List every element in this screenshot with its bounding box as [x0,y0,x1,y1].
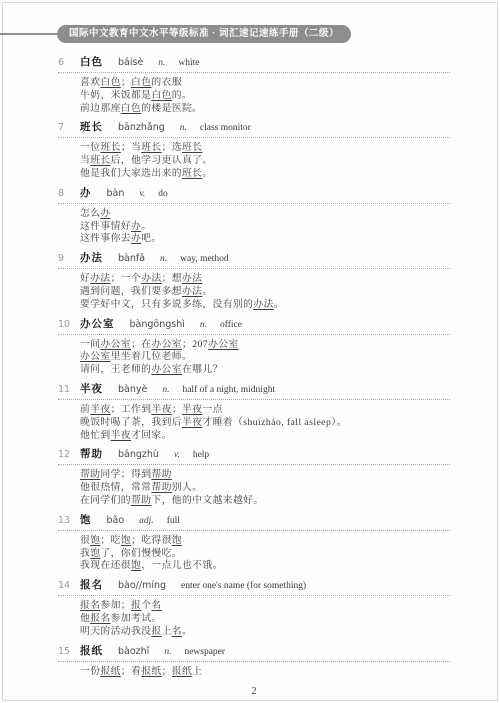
entry-number: 6 [58,56,80,69]
entry-number: 11 [58,383,80,396]
entry-pinyin: báisè [118,56,143,69]
entry-number: 14 [58,579,80,592]
entry-meaning: enter one's name (for something) [181,580,306,593]
entry-examples: 怎么办这件事情好办。这件事你去办吧。 [58,204,450,246]
entry-pos: n. [158,57,165,70]
entry-examples: 一位班长；当班长；选班长当班长后，他学习更认真了。他是我们大家选出来的班长。 [58,138,450,180]
entry-headword: 帮助 [80,448,103,461]
entry-pos: v. [139,188,145,201]
entry-header-row: 6 白色 báisè n. white [58,56,450,73]
vocabulary-entry: 8 办 bàn v. do 怎么办这件事情好办。这件事你去办吧。 [58,187,450,246]
entry-pos: n. [162,384,169,397]
vocabulary-entry: 6 白色 báisè n. white 喜欢白色；白色的衣服牛奶、米饭都是白色的… [58,56,450,115]
example-line: 我饱了，你们慢慢吃。 [80,548,450,561]
entry-number: 12 [58,448,80,461]
entry-number: 8 [58,187,80,200]
entry-meaning: half of a night, midnight [182,384,275,397]
vocabulary-entry: 9 办法 bànfǎ n. way, method 好办法；一个办法；想办法遇到… [58,252,450,311]
entry-header-row: 14 报名 bào//míng enter one's name (for so… [58,579,450,596]
entry-examples: 喜欢白色；白色的衣服牛奶、米饭都是白色的。前边那座白色的楼是医院。 [58,73,450,115]
entry-pinyin: bànfǎ [118,252,145,265]
vocabulary-entry: 10 办公室 bàngōngshì n. office 一间办公室；在办公室；2… [58,318,450,377]
example-line: 前半夜；工作到半夜；半夜一点 [80,404,450,417]
entry-pinyin: bào//míng [118,579,166,592]
vocabulary-entry: 7 班长 bānzhǎng n. class monitor 一位班长；当班长；… [58,121,450,180]
entry-header-row: 12 帮助 bāngzhù v. help [58,448,450,465]
entry-headword: 饱 [80,514,92,527]
entry-headword: 办公室 [80,318,115,331]
entry-pos: adj. [139,515,154,528]
entry-meaning: help [193,449,209,462]
entry-pinyin: bānzhǎng [118,121,165,134]
entry-pos: v. [174,449,180,462]
entry-header-row: 15 报纸 bàozhǐ n. newspaper [58,645,450,662]
example-line: 请问，王老师的办公室在哪儿？ [80,364,450,377]
example-line: 这件事你去办吧。 [80,233,450,246]
entry-pinyin: bàn [107,187,125,200]
example-line: 我现在还很饱，一点儿也不饿。 [80,560,450,573]
entry-examples: 一间办公室；在办公室；207办公室办公室里坐着几位老师。请问，王老师的办公室在哪… [58,335,450,377]
entry-pos: n. [164,646,171,659]
entry-headword: 报纸 [80,645,103,658]
example-line: 前边那座白色的楼是医院。 [80,103,450,116]
entry-number: 10 [58,318,80,331]
entry-pos: n. [200,319,207,332]
entry-header-row: 9 办法 bànfǎ n. way, method [58,252,450,269]
example-line: 他是我们大家选出来的班长。 [80,168,450,181]
example-line: 喜欢白色；白色的衣服 [80,77,450,90]
entry-headword: 报名 [80,579,103,592]
example-line: 这件事情好办。 [80,221,450,234]
example-line: 办公室里坐着几位老师。 [80,351,450,364]
entry-pos: n. [180,122,187,135]
entry-number: 7 [58,121,80,134]
example-line: 很饱；吃饱；吃得很饱 [80,535,450,548]
vocabulary-entry: 11 半夜 bànyè n. half of a night, midnight… [58,383,450,442]
page-number: 2 [58,686,450,697]
example-line: 在同学们的帮助下，他的中文越来越好。 [80,495,450,508]
vocabulary-entry: 13 饱 bǎo adj. full 很饱；吃饱；吃得很饱我饱了，你们慢慢吃。我… [58,514,450,573]
entry-header-row: 11 半夜 bànyè n. half of a night, midnight [58,383,450,400]
entry-meaning: office [220,319,242,332]
entry-pinyin: bàngōngshì [130,318,185,331]
example-line: 一份报纸；看报纸；报纸上 [80,666,450,679]
example-line: 报名参加；报个名 [80,600,450,613]
example-line: 牛奶、米饭都是白色的。 [80,90,450,103]
example-line: 好办法；一个办法；想办法 [80,273,450,286]
example-line: 他很热情，常常帮助别人。 [80,482,450,495]
example-line: 他报名参加考试。 [80,613,450,626]
entry-pos: n. [160,253,167,266]
entry-headword: 班长 [80,121,103,134]
entry-meaning: full [167,515,180,528]
tab-marker-line [0,33,60,35]
entry-meaning: way, method [180,253,228,266]
entry-pinyin: bàozhǐ [118,645,149,658]
example-line: 当班长后，他学习更认真了。 [80,155,450,168]
vocabulary-page-content: 6 白色 báisè n. white 喜欢白色；白色的衣服牛奶、米饭都是白色的… [58,56,450,697]
entry-headword: 白色 [80,56,103,69]
vocabulary-entry: 14 报名 bào//míng enter one's name (for so… [58,579,450,638]
entry-examples: 很饱；吃饱；吃得很饱我饱了，你们慢慢吃。我现在还很饱，一点儿也不饿。 [58,531,450,573]
entry-header-row: 13 饱 bǎo adj. full [58,514,450,531]
vocabulary-entry: 12 帮助 bāngzhù v. help 帮助同学；得到帮助他很热情，常常帮助… [58,448,450,507]
example-line: 晚饭时喝了茶，我到后半夜才睡着（shuìzháo, fall asleep）。 [80,417,450,430]
entry-number: 15 [58,645,80,658]
entry-pinyin: bǎo [107,514,125,527]
entry-header-row: 8 办 bàn v. do [58,187,450,204]
entry-list: 6 白色 báisè n. white 喜欢白色；白色的衣服牛奶、米饭都是白色的… [58,56,450,678]
entry-headword: 办法 [80,252,103,265]
example-line: 怎么办 [80,208,450,221]
entry-headword: 办 [80,187,92,200]
entry-header-row: 10 办公室 bàngōngshì n. office [58,318,450,335]
entry-examples: 好办法；一个办法；想办法遇到问题，我们要多想办法。要学好中文，只有多说多练，没有… [58,269,450,311]
example-line: 一间办公室；在办公室；207办公室 [80,339,450,352]
page-header-title: 国际中文教育中文水平等级标准 · 词汇速记速练手册（二级） [57,25,351,43]
entry-pinyin: bāngzhù [118,448,159,461]
entry-meaning: white [178,57,199,70]
example-line: 遇到问题，我们要多想办法。 [80,286,450,299]
entry-number: 9 [58,252,80,265]
entry-header-row: 7 班长 bānzhǎng n. class monitor [58,121,450,138]
entry-meaning: do [158,188,168,201]
vocabulary-entry: 15 报纸 bàozhǐ n. newspaper 一份报纸；看报纸；报纸上 [58,645,450,679]
entry-meaning: newspaper [184,646,225,659]
example-line: 他忙到半夜才回家。 [80,430,450,443]
entry-examples: 帮助同学；得到帮助他很热情，常常帮助别人。在同学们的帮助下，他的中文越来越好。 [58,465,450,507]
entry-headword: 半夜 [80,383,103,396]
entry-pinyin: bànyè [118,383,147,396]
entry-number: 13 [58,514,80,527]
example-line: 明天的活动我没报上名。 [80,626,450,639]
entry-examples: 前半夜；工作到半夜；半夜一点晚饭时喝了茶，我到后半夜才睡着（shuìzháo, … [58,400,450,442]
entry-meaning: class monitor [200,122,251,135]
entry-examples: 一份报纸；看报纸；报纸上 [58,662,450,679]
entry-examples: 报名参加；报个名他报名参加考试。明天的活动我没报上名。 [58,596,450,638]
example-line: 要学好中文，只有多说多练，没有别的办法。 [80,299,450,312]
example-line: 一位班长；当班长；选班长 [80,142,450,155]
example-line: 帮助同学；得到帮助 [80,469,450,482]
